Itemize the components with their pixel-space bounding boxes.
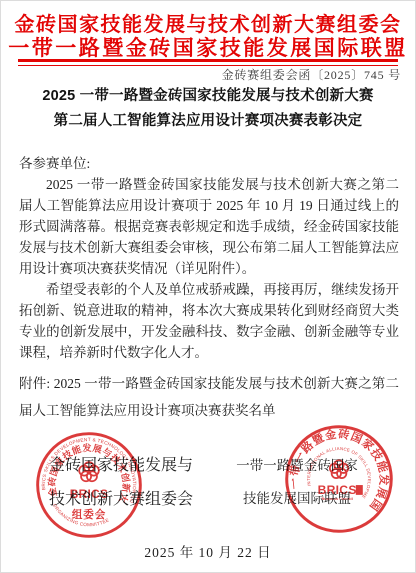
organizing-committee-seal: BRICS SKILLS DEVELOPMENT & TECHNOLOGY IN… — [34, 430, 144, 540]
body-paragraph-1: 2025 一带一路暨金砖国家技能发展与技术创新大赛之第二届人工智能算法应用设计赛… — [19, 174, 399, 279]
plum-blossom-icon — [330, 460, 348, 478]
brics-logo-subtext: Business Council — [322, 497, 353, 501]
plum-blossom-icon — [79, 462, 99, 481]
brics-logo-text: BRICS — [70, 487, 108, 501]
seal-bottom-text: 组委会 — [72, 508, 106, 521]
attachment-note: 附件: 2025 一带一路暨金砖国家技能发展与技术创新大赛之第二届人工智能算法应… — [19, 370, 399, 424]
document-body: 各参赛单位: 2025 一带一路暨金砖国家技能发展与技术创新大赛之第二届人工智能… — [19, 153, 399, 363]
letterhead-rule-thick — [18, 59, 398, 62]
alliance-seal: 一带一路暨金砖国家技能发展国际联盟 INTERNATIONAL ALLIANCE… — [283, 423, 395, 535]
seal-ring-group: 一带一路暨金砖国家技能发展国际联盟 INTERNATIONAL ALLIANCE… — [283, 423, 395, 535]
letterhead-line-2: 一带一路暨金砖国家技能发展国际联盟 — [1, 32, 415, 62]
salutation: 各参赛单位: — [19, 153, 399, 174]
brics-logo-text: BRICS — [318, 483, 357, 497]
document-number: 金砖赛组委会函〔2025〕745 号 — [222, 66, 401, 83]
date-line: 2025 年 10 月 22 日 — [1, 541, 415, 561]
body-paragraph-2: 希望受表彰的个人及单位戒骄戒躁，再接再厉，继续发扬开拓创新、锐意进取的精神，将本… — [19, 279, 399, 363]
document-title-line-1: 2025 一带一路暨金砖国家技能发展与技术创新大赛 — [1, 84, 415, 105]
official-document-page: 金砖国家技能发展与技术创新大赛组委会 一带一路暨金砖国家技能发展国际联盟 金砖赛… — [0, 0, 416, 573]
document-title-line-2: 第二届人工智能算法应用设计赛项决赛表彰决定 — [1, 109, 415, 130]
seal-ring-group: BRICS SKILLS DEVELOPMENT & TECHNOLOGY IN… — [34, 430, 144, 540]
brics-logo-box — [356, 485, 363, 495]
